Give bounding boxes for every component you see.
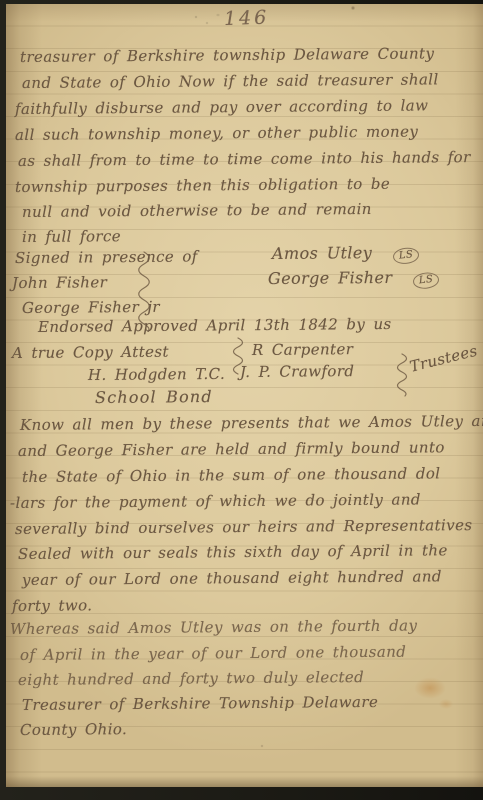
manuscript-line: year of our Lord one thousand eight hund… <box>22 567 442 589</box>
manuscript-line: null and void otherwise to be and remain <box>22 200 372 221</box>
manuscript-line: County Ohio. <box>20 720 127 739</box>
attest-caption: A true Copy Attest <box>12 343 169 362</box>
officer-signature: H. Hodgden T.C. <box>88 365 225 384</box>
manuscript-line: eight hundred and forty two duly elected <box>18 668 364 689</box>
signature-name: George Fisher <box>268 268 393 288</box>
witness-name: John Fisher <box>12 273 107 292</box>
manuscript-line: and George Fisher are held and firmly bo… <box>18 438 445 460</box>
endorsement-approved: Endorsed Approved April 13th 1842 by us <box>38 315 392 336</box>
signature-line: George Fisher LS <box>268 268 439 290</box>
manuscript-line: of April in the year of our Lord one tho… <box>20 643 406 664</box>
manuscript-line: Treasurer of Berkshire Township Delaware <box>22 693 378 714</box>
ink-brace-squiggle <box>392 352 408 402</box>
manuscript-line: all such township money, or other public… <box>15 122 418 144</box>
manuscript-line: township purposes then this obligation t… <box>15 175 390 196</box>
manuscript-line: Sealed with our seals this sixth day of … <box>18 541 448 563</box>
scanned-ledger-page: 146 treasurer of Berkshire township Dela… <box>0 0 483 800</box>
page-number: 146 <box>224 6 270 30</box>
seal-ls: LS <box>412 271 440 290</box>
trustee-signature: J. P. Crawford <box>240 362 355 381</box>
witness-caption: Signed in presence of <box>15 247 198 267</box>
manuscript-line: and State of Ohio Now if the said treasu… <box>22 70 439 92</box>
manuscript-line: treasurer of Berkshire township Delaware… <box>20 44 434 66</box>
section-heading: School Bond <box>95 387 213 407</box>
manuscript-line: Whereas said Amos Utley was on the fourt… <box>10 616 417 638</box>
signature-line: Amos Utley LS <box>272 243 419 265</box>
manuscript-line: faithfully disburse and pay over accordi… <box>15 96 429 118</box>
manuscript-line: -lars for the payment of which we do joi… <box>10 490 421 512</box>
manuscript-line: in full force <box>22 227 121 246</box>
seal-ls: LS <box>392 246 420 265</box>
signature-name: Amos Utley <box>272 243 372 263</box>
manuscript-line: the State of Ohio in the sum of one thou… <box>22 464 441 486</box>
manuscript-line: forty two. <box>12 596 93 615</box>
clerk-signature: R Carpenter <box>252 340 353 359</box>
